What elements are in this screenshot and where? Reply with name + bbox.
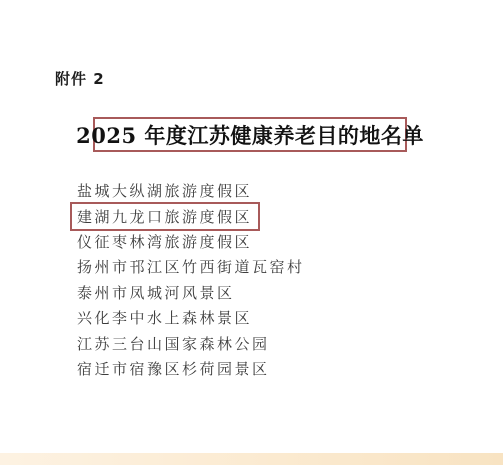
- attachment-label: 附件 2: [55, 68, 105, 89]
- list-item: 江苏三台山国家森林公园: [75, 330, 313, 355]
- title-box: 2025 年度江苏健康养老目的地名单: [93, 117, 407, 152]
- footer-strip: [0, 453, 503, 465]
- document-title: 2025 年度江苏健康养老目的地名单: [76, 120, 424, 150]
- destination-name: 宿迁市宿豫区杉荷园景区: [70, 354, 278, 383]
- list-item: 建湖九龙口旅游度假区: [75, 203, 313, 228]
- list-item: 宿迁市宿豫区杉荷园景区: [75, 356, 313, 381]
- list-item: 扬州市邗江区竹西街道瓦窑村: [75, 254, 313, 279]
- destination-list: 盐城大纵湖旅游度假区 建湖九龙口旅游度假区 仪征枣林湾旅游度假区 扬州市邗江区竹…: [75, 178, 313, 381]
- list-item: 盐城大纵湖旅游度假区: [75, 178, 313, 203]
- document-page: 附件 2 2025 年度江苏健康养老目的地名单 盐城大纵湖旅游度假区 建湖九龙口…: [0, 0, 503, 465]
- list-item: 仪征枣林湾旅游度假区: [75, 229, 313, 254]
- list-item: 泰州市凤城河风景区: [75, 280, 313, 305]
- list-item: 兴化李中水上森林景区: [75, 305, 313, 330]
